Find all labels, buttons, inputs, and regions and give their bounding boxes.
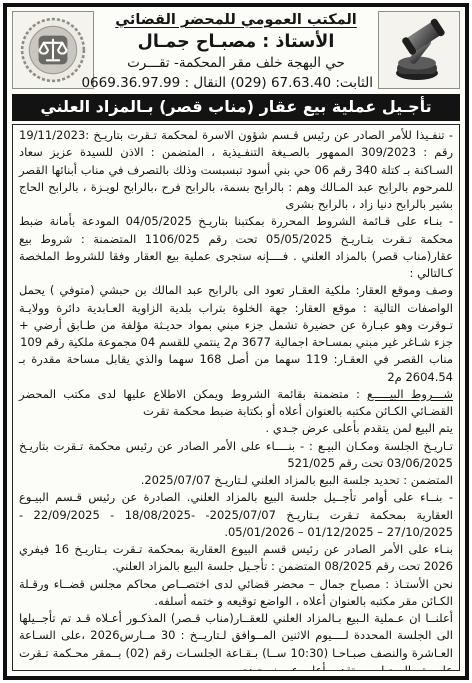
gavel-icon [386, 18, 452, 82]
paragraph-final-announcement: أعلنــا ان عـملية الـبيع بـالمزاد العلني… [19, 610, 453, 671]
paragraph-terms-list: - بنـاء على قـائمة الشروط المحررة بمكتبن… [19, 213, 453, 282]
letterhead-text: المكتب العمومي للمحضر القضائي الأستاذ : … [99, 11, 373, 91]
scales-of-justice-emblem-icon [19, 16, 87, 84]
paragraph-session-date: تـاريـخ الجلسة ومكـان البيـع : - بنــــا… [19, 438, 453, 473]
notice-body: - تنفـيذا للأمر الصادر عن رئيس قـسم شؤون… [12, 124, 460, 671]
banner-title: تأجـيل عملية بيع عقار (مناب قصر) بـالمزا… [40, 97, 431, 116]
announcement-banner: تأجـيل عملية بيع عقار (مناب قصر) بـالمزا… [12, 94, 460, 121]
sale-terms-label: شـــروط البيـــــع [367, 387, 453, 401]
paragraph-highest-bid: يتم البيع لمن يتقدم بأعلى عرض جـدي . [19, 420, 453, 437]
office-address: حي البهجة خلف مقر المحكمة- تقـــرت [99, 55, 373, 71]
office-title: المكتب العمومي للمحضر القضائي [99, 12, 373, 28]
paragraph-postponement-orders: - بنــاء على أوامر تأجــيل جلسة البيع با… [19, 489, 453, 541]
paragraph-latest-order: بنـاء على الأمر الصادر عن رئيس قسم البيو… [19, 541, 453, 576]
paragraph-execution-order: - تنفـيذا للأمر الصادر عن رئيس قـسم شؤون… [19, 127, 453, 213]
phone-numbers: الثابت: 67.63.40 (029) النقال : 0669.36.… [99, 75, 373, 91]
letterhead: المكتب العمومي للمحضر القضائي الأستاذ : … [12, 11, 460, 91]
paragraph-sale-terms: شـــروط البيـــــع : متضمنة بقائمة الشرو… [19, 386, 453, 421]
scanned-legal-notice: { "colors": { "banner_bg": "#131313", "p… [0, 0, 472, 683]
paragraph-session-fixing: المتضمن : تحديد جلسة البيع بالمزاد العلن… [19, 472, 453, 489]
notice-frame: المكتب العمومي للمحضر القضائي الأستاذ : … [3, 3, 469, 680]
officer-name: الأستاذ : مصبـاح جمـال [99, 32, 373, 52]
paragraph-bailiff-identity: نحن الأستـاذ : مصباح جمال – محضر قضائي ل… [19, 576, 453, 611]
paragraph-property-description: وصف وموقع العقار: ملكية العقـار تعود الى… [19, 282, 453, 351]
gavel-box [378, 11, 460, 89]
paragraph-minor-share: مناب القصر في العقـار: 119 سهما من أصل 1… [19, 351, 453, 386]
